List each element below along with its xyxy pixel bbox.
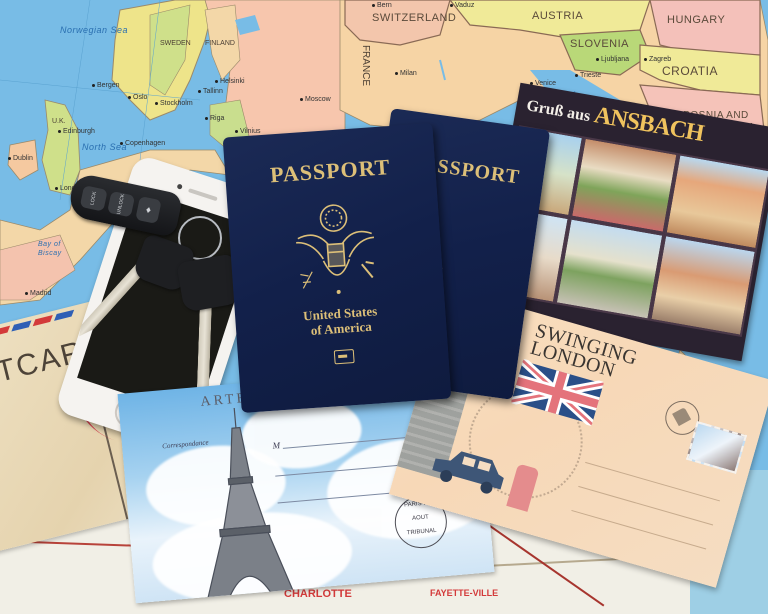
eiffel-tower-icon: [189, 404, 295, 601]
passport-front: PASSPORT United States of America: [223, 123, 452, 413]
map-label-sweden: SWEDEN: [160, 40, 191, 47]
front-camera-icon: [177, 183, 183, 189]
city-milan: Milan: [395, 70, 417, 77]
unlock-button-icon: UNLOCK: [107, 191, 135, 218]
postmark-text: TRIBUNAL: [396, 523, 447, 541]
road-label-charlotte: CHARLOTTE: [284, 588, 352, 600]
address-line: [585, 462, 720, 502]
city-ljubljana: Ljubljana: [596, 56, 629, 63]
photo-tile-church: [649, 234, 757, 337]
tower-bridge-stamp-icon: [686, 421, 747, 474]
city-bergen: Bergen: [92, 82, 120, 89]
map-label-croatia: CROATIA: [662, 64, 718, 78]
sea-label-biscay: Bay of Biscay: [38, 240, 68, 258]
city-madrid: Madrid: [25, 290, 51, 297]
airmail-stripe: [54, 310, 74, 321]
city-copenhagen: Copenhagen: [120, 140, 165, 147]
city-helsinki: Helsinki: [215, 78, 245, 85]
map-label-slovenia: SLOVENIA: [570, 38, 629, 50]
airmail-stripe: [33, 315, 53, 326]
speaker-grille: [188, 188, 218, 201]
eagle-seal-icon: [289, 197, 381, 299]
airmail-stripe: [0, 326, 10, 337]
city-riga: Riga: [205, 115, 224, 122]
ansbach-greeting: Gruß aus: [525, 97, 591, 125]
city-stockholm: Stockholm: [155, 100, 193, 107]
sea-label-norwegian: Norwegian Sea: [60, 25, 128, 35]
city-edinburgh: Edinburgh: [58, 128, 95, 135]
road-label-fayetteville: FAYETTE-VILLE: [430, 588, 498, 598]
city-tallinn: Tallinn: [198, 88, 223, 95]
map-label-uk: U.K.: [52, 118, 66, 125]
heart-shape: [672, 407, 691, 426]
city-oslo: Oslo: [128, 94, 147, 101]
map-label-austria: AUSTRIA: [532, 10, 583, 22]
city-trieste: Trieste: [575, 72, 601, 79]
city-vilnius: Vilnius: [235, 128, 261, 135]
city-moscow: Moscow: [300, 96, 331, 103]
map-label-france: FRANCE: [360, 45, 371, 86]
passport-country: United States of America: [235, 299, 447, 344]
city-vaduz: Vaduz: [450, 2, 474, 9]
city-bern: Bern: [372, 2, 392, 9]
lock-button-icon: LOCK: [80, 185, 108, 212]
biometric-chip-icon: [334, 349, 355, 364]
map-label-switzerland: SWITZERLAND: [372, 12, 456, 24]
photo-tile-square: [555, 217, 665, 320]
map-label-finland: FINLAND: [205, 40, 235, 47]
travel-flatlay-photo: SWITZERLAND AUSTRIA HUNGARY SLOVENIA CRO…: [0, 0, 768, 614]
city-dublin: Dublin: [8, 155, 33, 162]
map-label-hungary: HUNGARY: [667, 14, 725, 26]
passport-title: PASSPORT: [225, 151, 436, 192]
airmail-stripe: [11, 320, 31, 331]
trunk-icon: ♦: [135, 196, 162, 224]
city-zagreb: Zagreb: [644, 56, 671, 63]
